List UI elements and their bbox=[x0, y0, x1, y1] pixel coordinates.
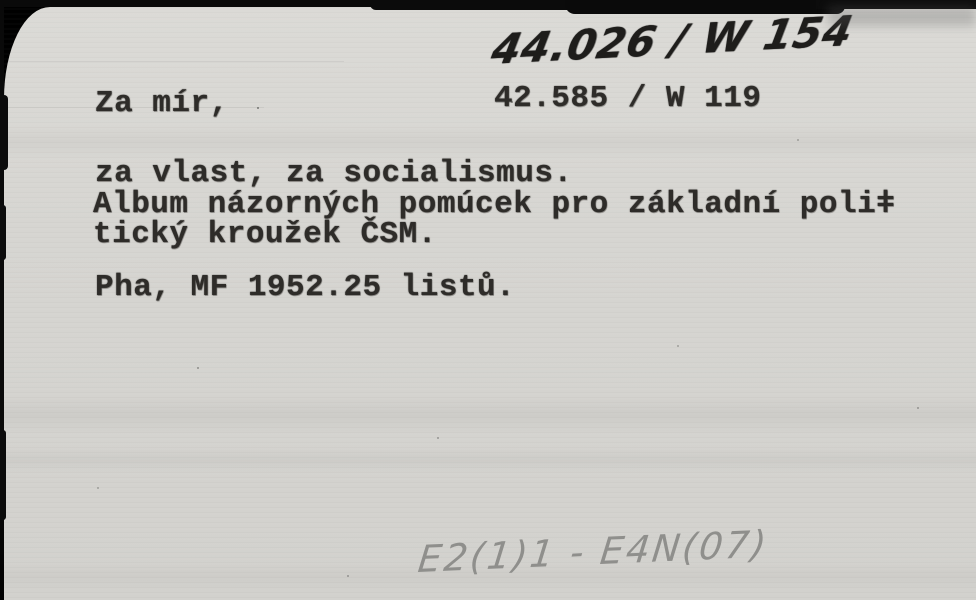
scan-left-edge-blotch bbox=[0, 430, 6, 520]
scan-shade-band bbox=[4, 125, 976, 159]
imprint-line: Pha, MF 1952.25 listů. bbox=[95, 272, 515, 303]
scan-left-edge-blotch bbox=[0, 95, 8, 170]
scan-left-edge-blotch bbox=[0, 205, 6, 260]
title-line-1: za vlast, za socialismus. bbox=[95, 158, 573, 189]
scan-speck bbox=[257, 107, 259, 109]
catalog-card-scan: 44.026 / W 154 42.585 / W 119 Za mír, za… bbox=[0, 0, 976, 600]
card-heading: Za mír, bbox=[95, 88, 229, 119]
title-line-2: Album názorných pomúcek pro základní pol… bbox=[93, 189, 895, 220]
scan-top-edge-blotch bbox=[370, 0, 580, 10]
scan-shade-band bbox=[4, 395, 976, 435]
typed-call-number: 42.585 / W 119 bbox=[494, 83, 761, 114]
faint-rule-line bbox=[4, 61, 344, 62]
scan-smear bbox=[828, 6, 976, 26]
title-line-3: tický kroužek ČSM. bbox=[93, 219, 437, 250]
scan-top-edge-blotch bbox=[565, 0, 845, 14]
scan-shade-band bbox=[4, 447, 976, 473]
